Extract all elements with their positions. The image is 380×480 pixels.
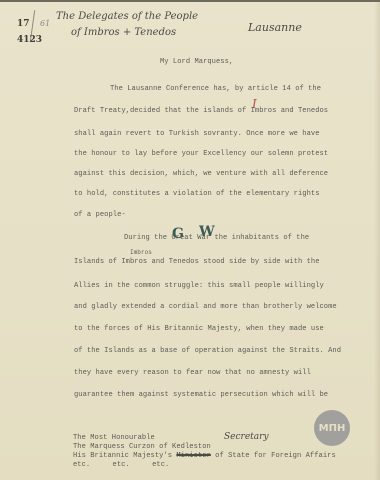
interlinear-insert: Imbros xyxy=(130,249,152,256)
addressee-line-3: His Britannic Majesty's Minister of Stat… xyxy=(73,452,336,460)
reference-bottom: 4123 xyxy=(17,35,42,45)
reference-top-suffix: 61 xyxy=(40,19,50,28)
etc-3: etc. xyxy=(152,461,169,469)
paragraph-1-line-2: Draft Treaty,decided that the islands of… xyxy=(74,107,328,115)
addressee-line-4: etc. etc. etc. xyxy=(73,461,169,469)
paragraph-1-line-5: against this decision, which, we venture… xyxy=(74,170,328,178)
paragraph-2-line-4: and gladly extended a cordial and more t… xyxy=(74,303,337,311)
addressee-line-1: The Most Honourable xyxy=(73,434,155,442)
handwritten-secretary: Secretary xyxy=(224,432,269,442)
addressee-line-2: The Marquess Curzon of Kedleston xyxy=(73,443,211,451)
archive-stamp-icon: ΜΠΗ xyxy=(314,410,350,446)
addressee-suffix: of State for Foreign Affairs xyxy=(215,452,336,460)
struck-word: Minister xyxy=(176,452,210,460)
paragraph-2-line-1: During the Great War the inhabitants of … xyxy=(124,234,309,242)
salutation: My Lord Marquess, xyxy=(160,58,233,66)
addressee-prefix: His Britannic Majesty's xyxy=(73,452,172,460)
handwritten-place: Lausanne xyxy=(248,21,302,34)
handwritten-heading-line1: The Delegates of the People xyxy=(56,11,198,22)
reference-top: 17 xyxy=(17,19,30,29)
paragraph-1-line-6: to hold, constitutes a violation of the … xyxy=(74,190,320,198)
paragraph-2-line-3: Allies in the common struggle: this smal… xyxy=(74,282,324,290)
paragraph-2-line-5: to the forces of His Britannic Majesty, … xyxy=(74,325,324,333)
document-page: 17 61 4123 The Delegates of the People o… xyxy=(0,0,380,480)
handwritten-capital-g: G xyxy=(172,226,184,242)
paragraph-1-line-4: the honour to lay before your Excellency… xyxy=(74,150,328,158)
paragraph-2-line-2: Islands of Imbros and Tenedos stood side… xyxy=(74,258,320,266)
handwritten-capital-w: W xyxy=(199,224,215,240)
paragraph-2-line-6: of the Islands as a base of operation ag… xyxy=(74,347,341,355)
page-shadow xyxy=(374,0,380,480)
etc-1: etc. xyxy=(73,461,90,469)
etc-2: etc. xyxy=(113,461,130,469)
paragraph-1-line-3: shall again revert to Turkish sovranty. … xyxy=(74,130,320,138)
red-correction-mark: I xyxy=(252,97,257,111)
paragraph-2-line-8: guarantee them against systematic persec… xyxy=(74,391,328,399)
paragraph-2-line-7: they have every reason to fear now that … xyxy=(74,369,311,377)
paragraph-1-line-1: The Lausanne Conference has, by article … xyxy=(110,85,321,93)
scan-edge xyxy=(0,0,380,2)
paragraph-1-line-7: of a people- xyxy=(74,211,126,219)
handwritten-heading-line2: of Imbros + Tenedos xyxy=(71,27,176,38)
